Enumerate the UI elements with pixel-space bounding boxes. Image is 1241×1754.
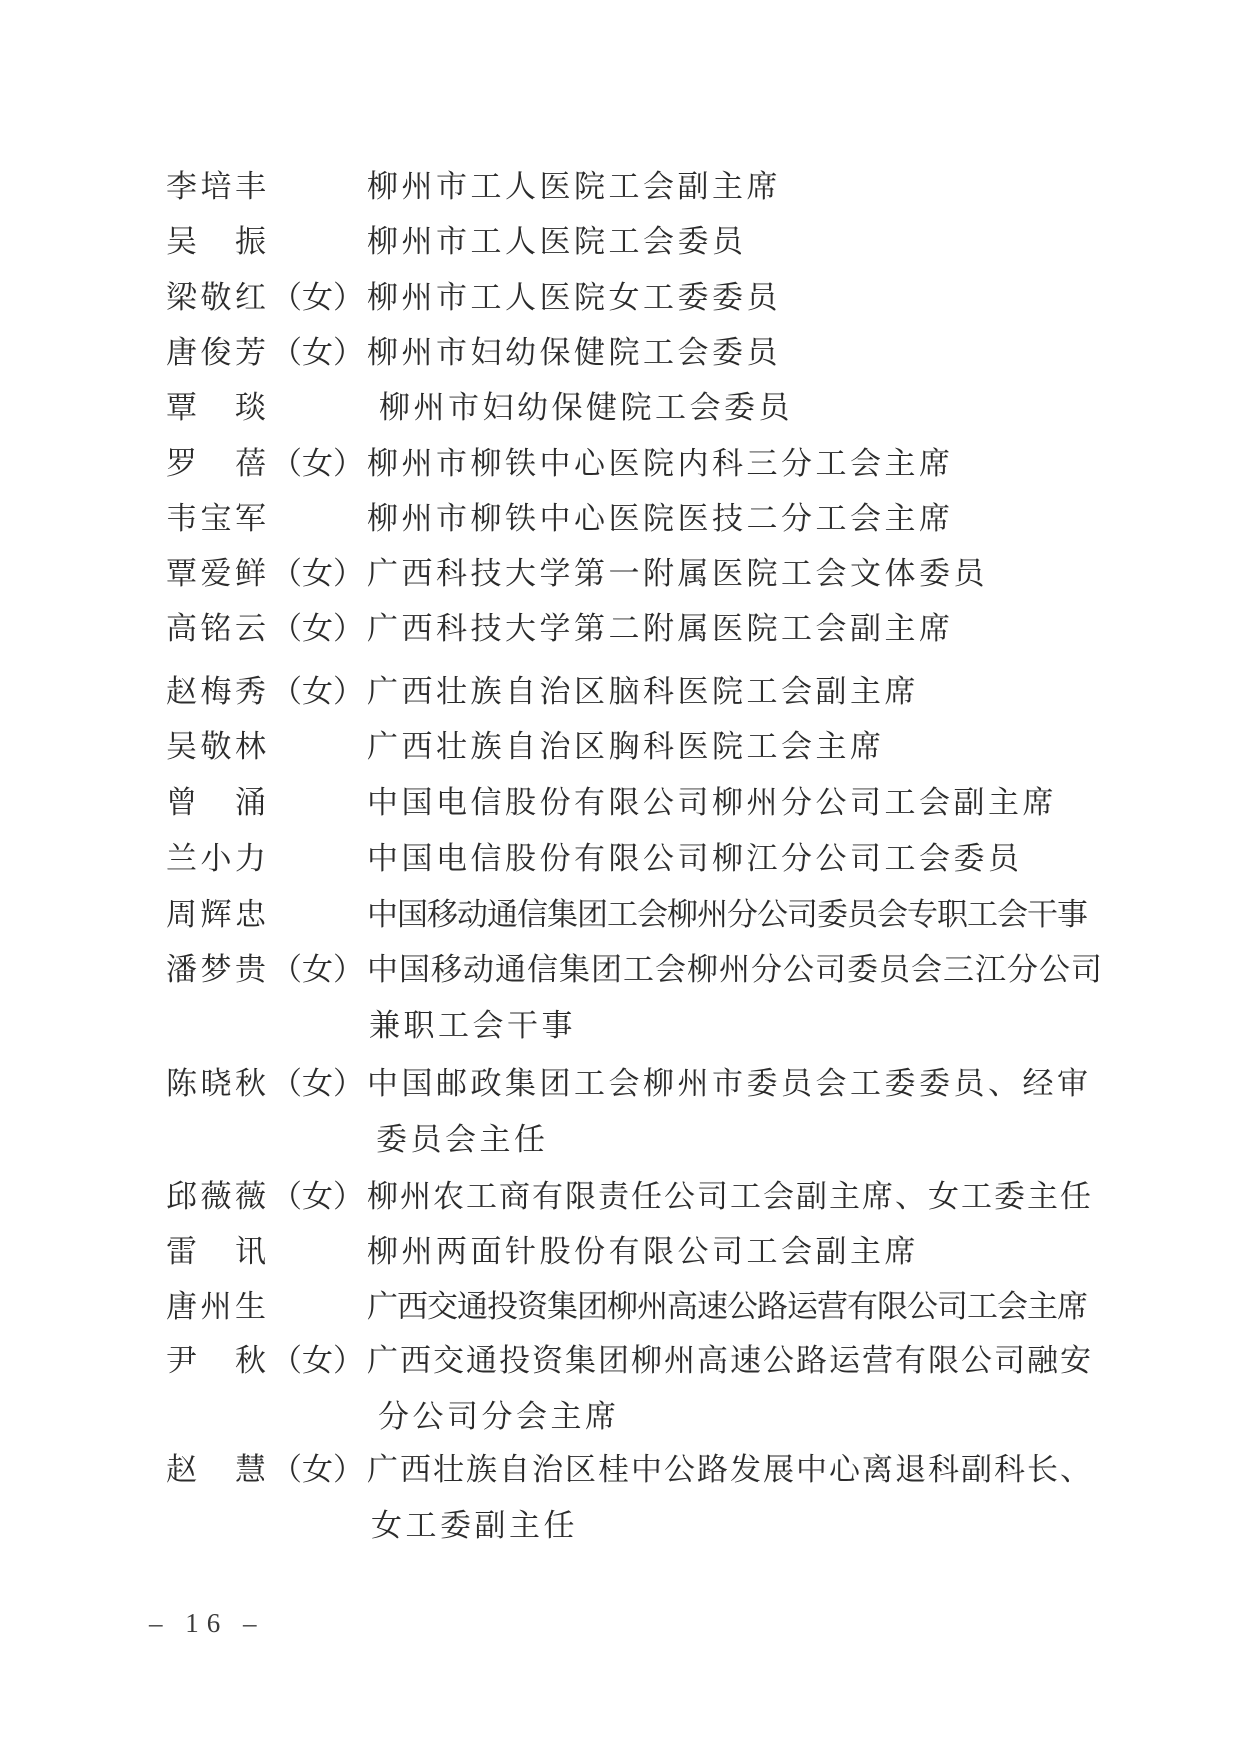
list-item: 梁敬红 （女） 柳州市工人医院女工委委员 [0,280,1241,320]
list-item: 周辉忠 中国移动通信集团工会柳州分公司委员会专职工会干事 [0,897,1241,937]
person-title: 中国邮政集团工会柳州市委员会工委委员、经审 [367,1066,1092,1102]
person-name: 潘梦贵 [166,952,270,988]
list-item-continuation: 分公司分会主席 [0,1399,1241,1439]
person-title-continuation: 委员会主任 [376,1122,549,1158]
person-name: 高铭云 [166,611,270,647]
page-number: – 16 – [149,1606,265,1640]
list-item-continuation: 兼职工会干事 [0,1008,1241,1048]
person-name: 唐俊芳 [166,335,270,371]
gender-marker: （女） [271,674,364,710]
person-title: 中国电信股份有限公司柳州分公司工会副主席 [367,785,1057,821]
list-item: 曾 涌 中国电信股份有限公司柳州分公司工会副主席 [0,785,1241,825]
person-title: 广西壮族自治区桂中公路发展中心离退科副科长、 [367,1452,1093,1488]
person-name: 赵梅秀 [166,674,270,710]
gender-marker: （女） [271,611,364,647]
person-name: 吴 振 [166,224,270,260]
list-item: 雷 讯 柳州两面针股份有限公司工会副主席 [0,1234,1241,1274]
person-title: 广西交通投资集团柳州高速公路运营有限公司融安 [367,1343,1093,1379]
list-item: 李培丰 柳州市工人医院工会副主席 [0,169,1241,209]
person-title: 柳州市妇幼保健院工会委员 [379,390,793,426]
person-name: 周辉忠 [166,897,270,933]
person-name: 李培丰 [166,169,270,205]
person-name: 陈晓秋 [166,1066,270,1102]
person-title: 广西科技大学第二附属医院工会副主席 [367,611,954,647]
list-item: 赵 慧 （女） 广西壮族自治区桂中公路发展中心离退科副科长、 [0,1452,1241,1492]
person-name: 邱薇薇 [166,1179,270,1215]
person-title: 柳州市柳铁中心医院医技二分工会主席 [367,501,954,537]
person-title: 中国移动通信集团工会柳州分公司委员会三江分公司 [367,952,1103,988]
list-item: 兰小力 中国电信股份有限公司柳江分公司工会委员 [0,841,1241,881]
person-title: 柳州市工人医院女工委委员 [367,280,781,316]
person-title: 柳州农工商有限责任公司工会副主席、女工委主任 [367,1179,1093,1215]
person-title: 广西壮族自治区胸科医院工会主席 [367,729,885,765]
person-title: 柳州市工人医院工会副主席 [367,169,781,205]
person-title: 中国电信股份有限公司柳江分公司工会委员 [367,841,1023,877]
list-item: 吴 振 柳州市工人医院工会委员 [0,224,1241,264]
list-item: 吴敬林 广西壮族自治区胸科医院工会主席 [0,729,1241,769]
person-name: 覃爱鲜 [166,556,270,592]
person-title-continuation: 女工委副主任 [371,1508,578,1544]
person-title: 柳州市柳铁中心医院内科三分工会主席 [367,446,954,482]
list-item-continuation: 委员会主任 [0,1122,1241,1162]
list-item: 罗 蓓 （女） 柳州市柳铁中心医院内科三分工会主席 [0,446,1241,486]
gender-marker: （女） [271,280,364,316]
list-item: 邱薇薇 （女） 柳州农工商有限责任公司工会副主席、女工委主任 [0,1179,1241,1219]
person-name: 覃 琰 [166,390,270,426]
list-item: 韦宝军 柳州市柳铁中心医院医技二分工会主席 [0,501,1241,541]
gender-marker: （女） [271,446,364,482]
person-title: 柳州市妇幼保健院工会委员 [367,335,781,371]
person-title: 中国移动通信集团工会柳州分公司委员会专职工会干事 [367,897,1087,933]
person-title: 柳州两面针股份有限公司工会副主席 [367,1234,919,1270]
person-name: 韦宝军 [166,501,270,537]
person-title-continuation: 分公司分会主席 [378,1399,620,1435]
person-name: 吴敬林 [166,729,270,765]
gender-marker: （女） [271,1179,364,1215]
person-name: 唐州生 [166,1289,270,1325]
person-title: 广西交通投资集团柳州高速公路运营有限公司工会主席 [367,1289,1087,1325]
list-item: 陈晓秋 （女） 中国邮政集团工会柳州市委员会工委委员、经审 [0,1066,1241,1106]
person-name: 尹 秋 [166,1343,270,1379]
person-name: 兰小力 [166,841,270,877]
person-title: 广西科技大学第一附属医院工会文体委员 [367,556,988,592]
person-title: 广西壮族自治区脑科医院工会副主席 [367,674,919,710]
gender-marker: （女） [271,556,364,592]
person-name: 梁敬红 [166,280,270,316]
person-title: 柳州市工人医院工会委员 [367,224,747,260]
list-item: 潘梦贵 （女） 中国移动通信集团工会柳州分公司委员会三江分公司 [0,952,1241,992]
document-page: 李培丰 柳州市工人医院工会副主席 吴 振 柳州市工人医院工会委员 梁敬红 （女）… [0,0,1241,1754]
gender-marker: （女） [271,1452,364,1488]
gender-marker: （女） [271,1343,364,1379]
person-name: 雷 讯 [166,1234,270,1270]
person-name: 罗 蓓 [166,446,270,482]
gender-marker: （女） [271,952,364,988]
list-item: 尹 秋 （女） 广西交通投资集团柳州高速公路运营有限公司融安 [0,1343,1241,1383]
list-item: 覃爱鲜 （女） 广西科技大学第一附属医院工会文体委员 [0,556,1241,596]
person-name: 赵 慧 [166,1452,270,1488]
list-item-continuation: 女工委副主任 [0,1508,1241,1548]
gender-marker: （女） [271,335,364,371]
person-name: 曾 涌 [166,785,270,821]
list-item: 赵梅秀 （女） 广西壮族自治区脑科医院工会副主席 [0,674,1241,714]
gender-marker: （女） [271,1066,364,1102]
list-item: 覃 琰 柳州市妇幼保健院工会委员 [0,390,1241,430]
list-item: 唐俊芳 （女） 柳州市妇幼保健院工会委员 [0,335,1241,375]
list-item: 高铭云 （女） 广西科技大学第二附属医院工会副主席 [0,611,1241,651]
list-item: 唐州生 广西交通投资集团柳州高速公路运营有限公司工会主席 [0,1289,1241,1329]
person-title-continuation: 兼职工会干事 [369,1008,576,1044]
